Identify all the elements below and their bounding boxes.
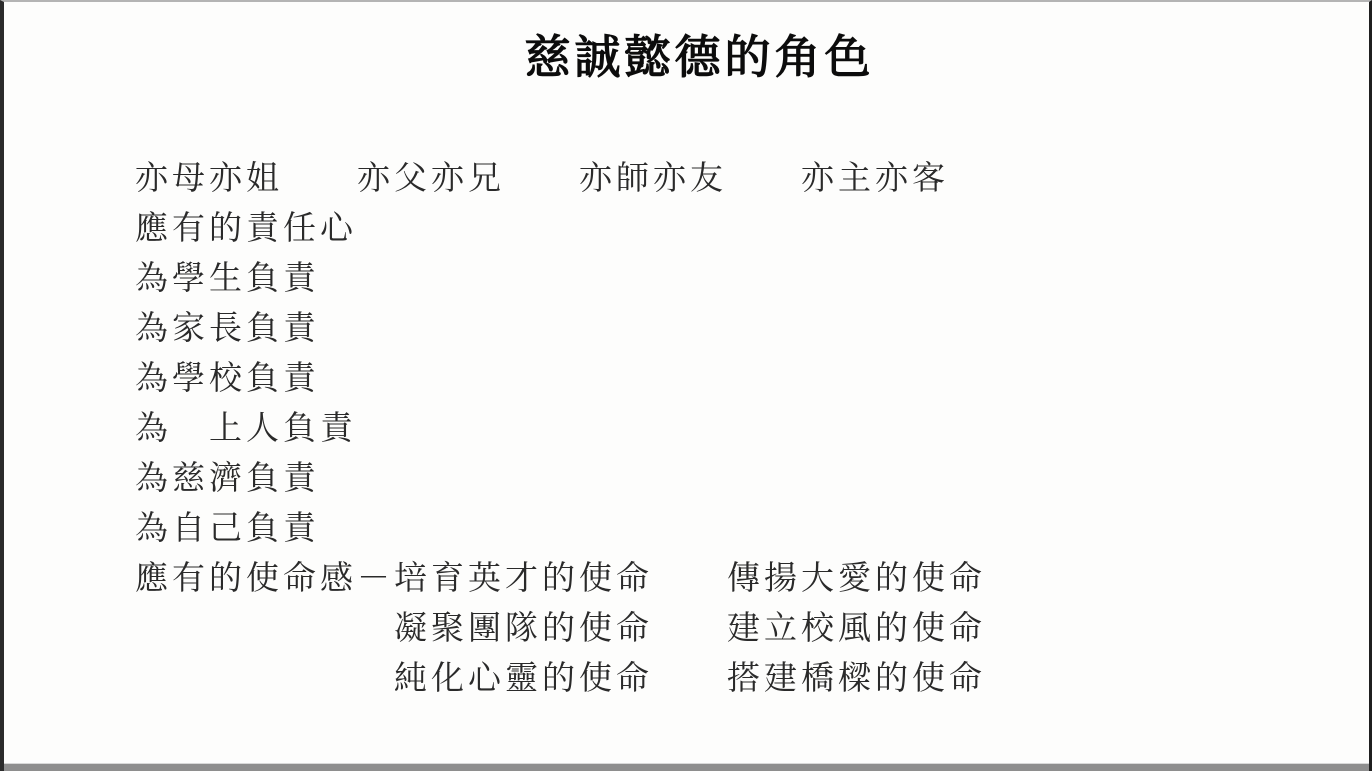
line-responsible-to-parents: 為家長負責 <box>135 304 1369 354</box>
line-responsible-to-master: 為 上人負責 <box>135 404 1369 454</box>
line-four-roles: 亦母亦姐 亦父亦兄 亦師亦友 亦主亦客 <box>135 154 1369 204</box>
line-responsible-to-school: 為學校負責 <box>135 354 1369 404</box>
line-mission-heading-row: 應有的使命感－培育英才的使命 傳揚大愛的使命 <box>135 554 1369 604</box>
bottom-edge-bar <box>4 763 1369 771</box>
document-slide: 慈誠懿德的角色 亦母亦姐 亦父亦兄 亦師亦友 亦主亦客 應有的責任心 為學生負責… <box>0 0 1372 771</box>
body-text-block: 亦母亦姐 亦父亦兄 亦師亦友 亦主亦客 應有的責任心 為學生負責 為家長負責 為… <box>135 154 1369 704</box>
line-responsible-to-students: 為學生負責 <box>135 254 1369 304</box>
line-responsible-to-tzu-chi: 為慈濟負責 <box>135 454 1369 504</box>
line-mission-row-2: 凝聚團隊的使命 建立校風的使命 <box>135 604 1369 654</box>
line-responsibility-heading: 應有的責任心 <box>135 204 1369 254</box>
slide-title: 慈誠懿德的角色 <box>4 28 1369 86</box>
line-mission-row-3: 純化心靈的使命 搭建橋樑的使命 <box>135 654 1369 704</box>
line-responsible-to-self: 為自己負責 <box>135 504 1369 554</box>
